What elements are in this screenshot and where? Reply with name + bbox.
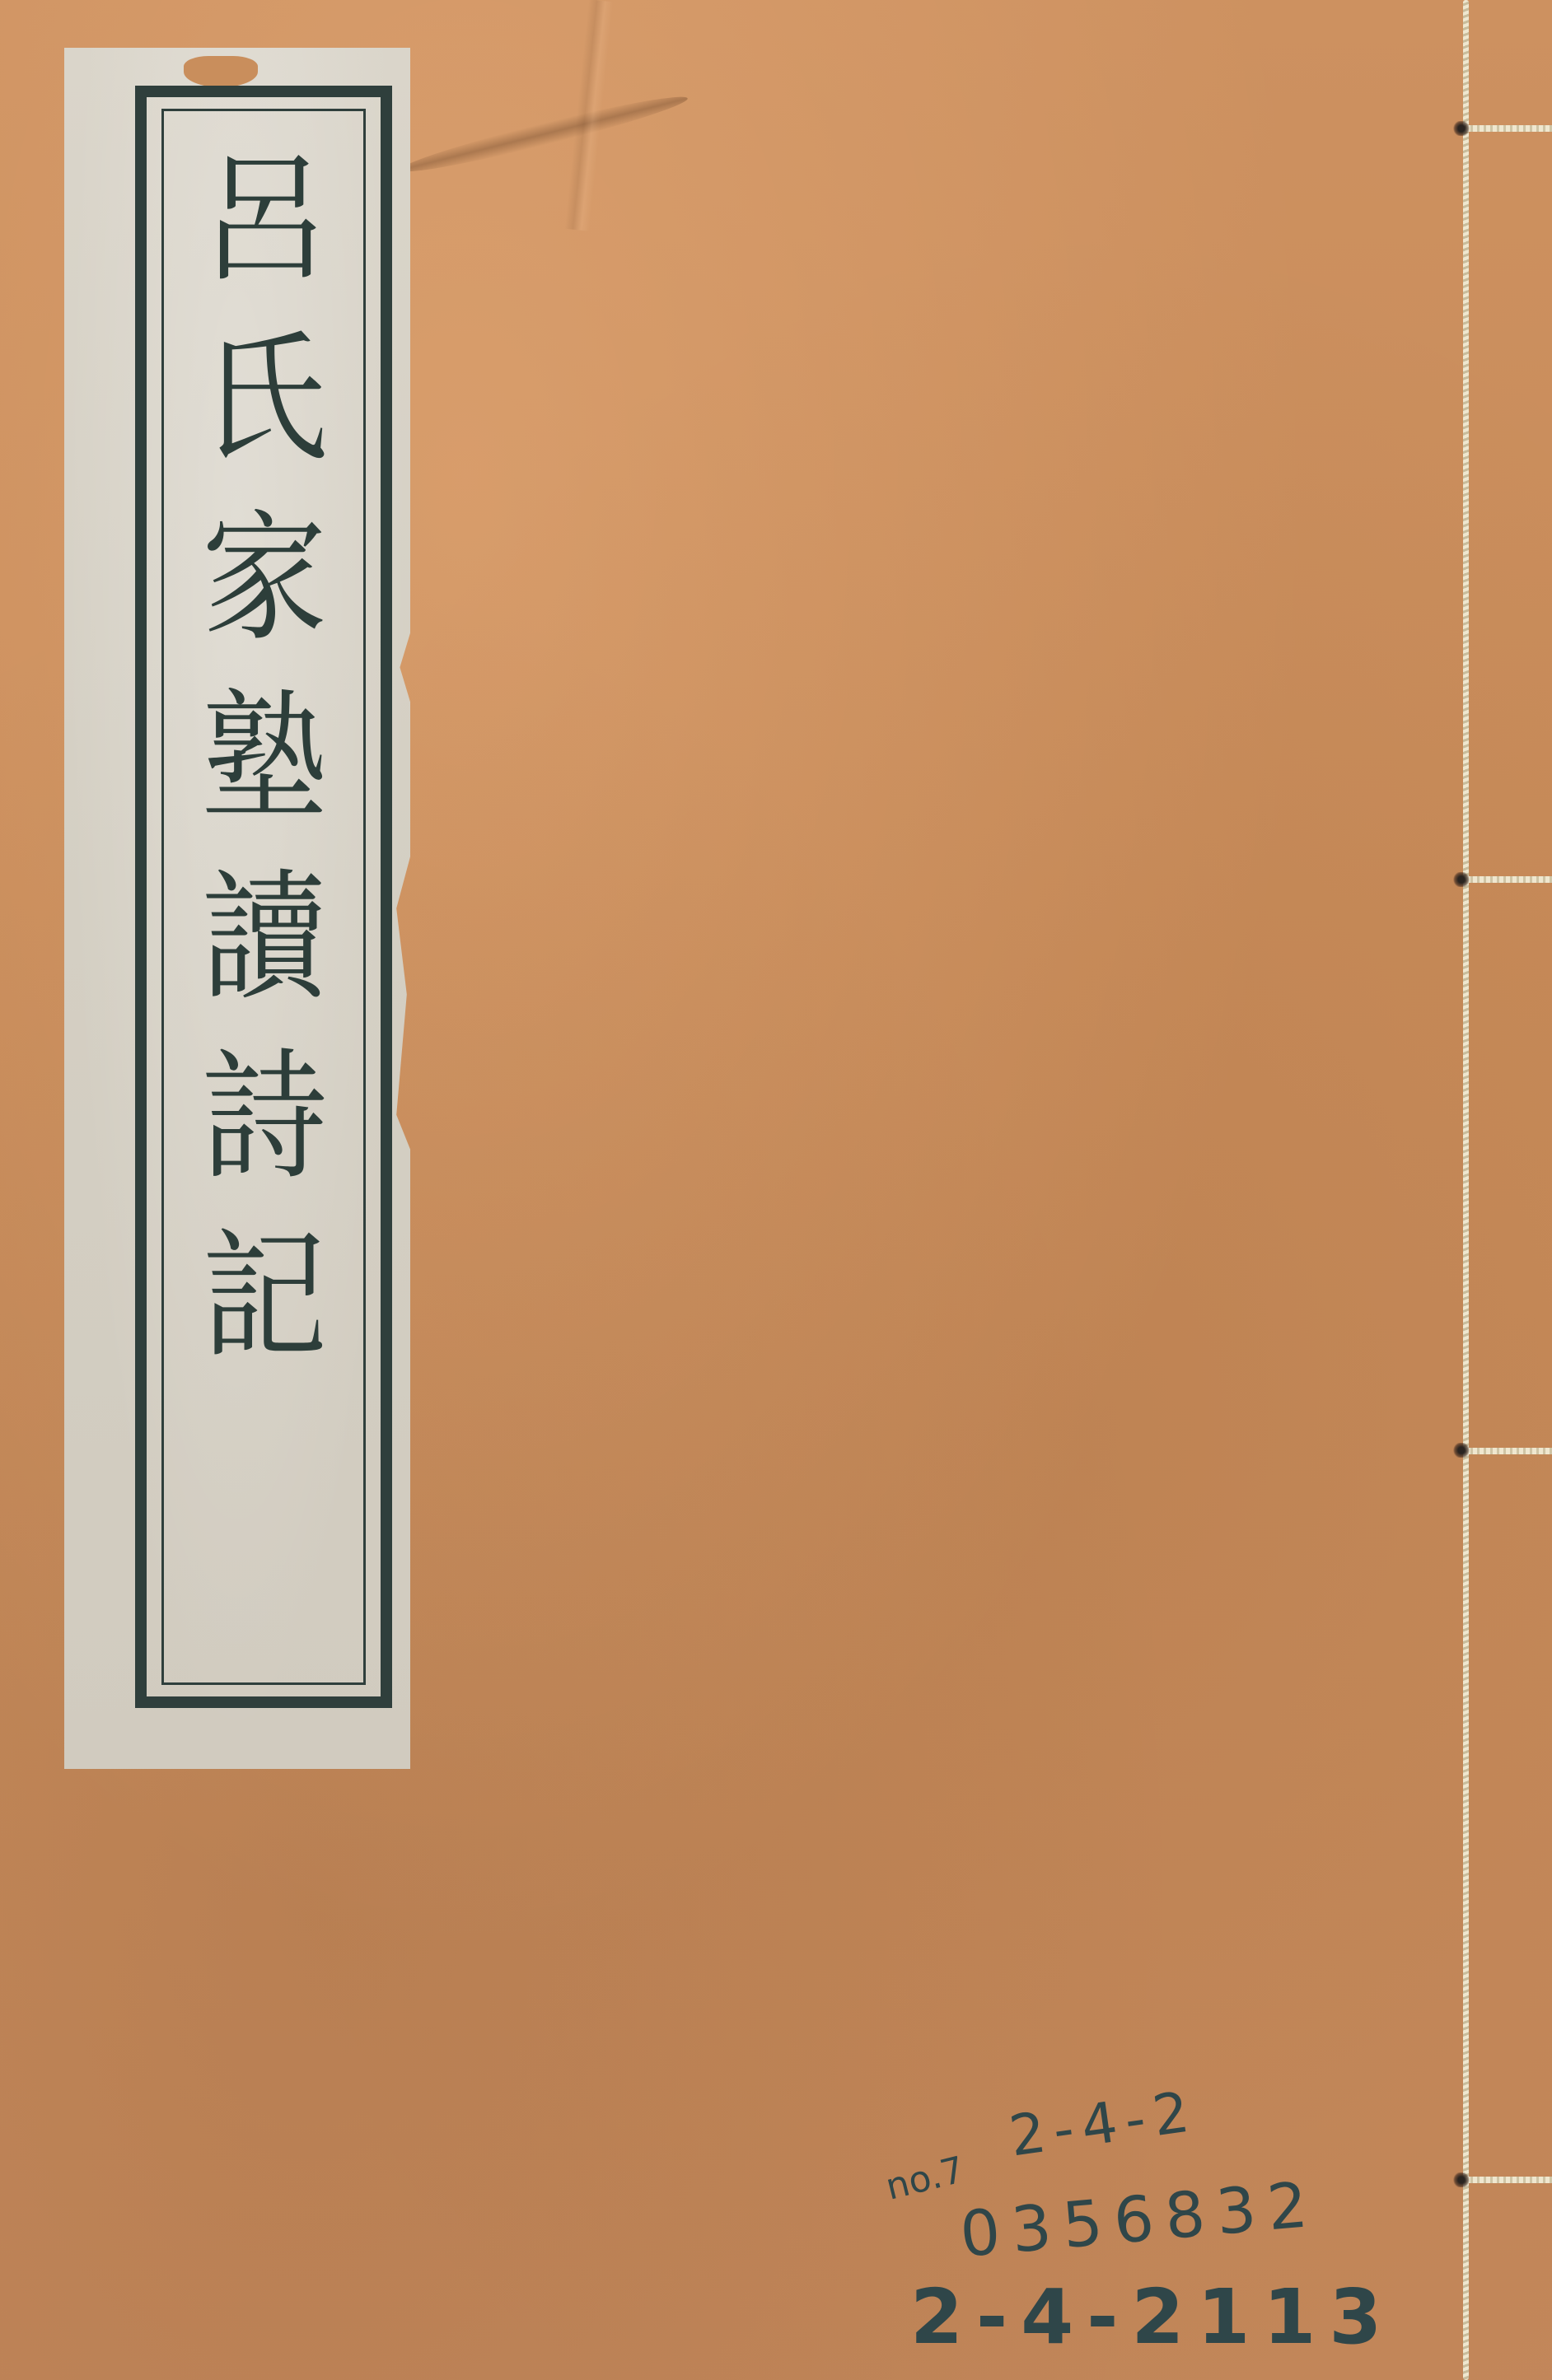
call-number: 2-4-2113 [910, 2273, 1395, 2361]
binding-hole [1453, 1443, 1470, 1458]
title-char: 呂 [201, 130, 327, 310]
accession-number: 0356832 [957, 2167, 1322, 2271]
book-cover: 呂 氏 家 塾 讀 詩 記 no.7 2-4-2 0356832 2-4-211… [0, 0, 1552, 2380]
binding-hole [1453, 2172, 1470, 2187]
title-char: 詩 [201, 1028, 327, 1207]
paper-crease [397, 88, 690, 180]
title-slip: 呂 氏 家 塾 讀 詩 記 [64, 48, 410, 1769]
title-char: 家 [201, 489, 327, 669]
binding-thread-horizontal [1466, 876, 1552, 883]
title-char: 氏 [201, 310, 327, 489]
shelf-mark: 2-4-2 [1006, 2079, 1202, 2169]
title-char: 塾 [201, 669, 327, 848]
slip-tear [184, 56, 258, 87]
binding-hole [1453, 872, 1470, 887]
volume-number: no.7 [881, 2149, 969, 2209]
book-title: 呂 氏 家 塾 讀 詩 記 [170, 130, 359, 1387]
binding-thread-horizontal [1466, 1448, 1552, 1454]
binding-hole [1453, 121, 1470, 136]
binding-thread-horizontal [1466, 2177, 1552, 2183]
binding-thread [1463, 0, 1469, 2380]
title-char: 讀 [201, 848, 327, 1028]
binding-thread-horizontal [1466, 125, 1552, 132]
title-char: 記 [201, 1207, 327, 1387]
